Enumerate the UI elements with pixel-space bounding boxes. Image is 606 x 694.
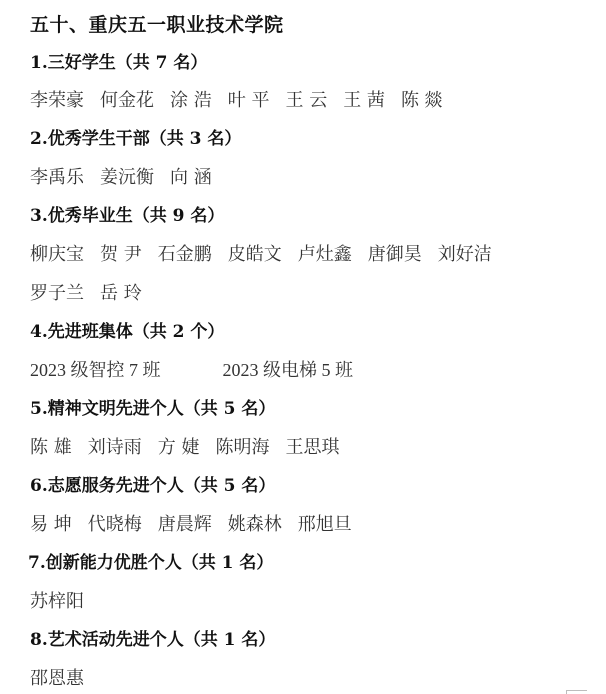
page-corner-mark xyxy=(566,690,587,694)
class-list-4: 2023 级智控 7 班 2023 级电梯 5 班 xyxy=(30,356,415,382)
name-list-6: 易 坤 代晓梅 唐晨辉 姚森林 邢旭旦 xyxy=(30,510,368,536)
name-list-2: 李禹乐 姜沅衡 向 涵 xyxy=(30,163,228,189)
name-list-7: 苏梓阳 xyxy=(30,587,100,613)
section-heading-8: 8.艺术活动先进个人（共 1 名） xyxy=(30,625,275,650)
name-item: 向 涵 xyxy=(170,163,212,189)
name-item: 罗子兰 xyxy=(30,279,84,305)
name-item: 陈 燚 xyxy=(401,86,443,112)
section-heading-5: 5.精神文明先进个人（共 5 名） xyxy=(30,394,275,419)
name-item: 涂 浩 xyxy=(170,86,212,112)
name-item: 唐晨辉 xyxy=(158,510,212,536)
name-item: 方 婕 xyxy=(158,433,200,459)
name-item: 贺 尹 xyxy=(100,240,142,266)
name-item: 王 云 xyxy=(285,86,327,112)
name-item: 何金花 xyxy=(100,86,154,112)
name-item: 陈明海 xyxy=(215,433,269,459)
name-item: 刘诗雨 xyxy=(88,433,142,459)
name-item: 岳 玲 xyxy=(100,279,142,305)
class-item: 2023 级智控 7 班 xyxy=(30,356,161,382)
section-heading-7: 7.创新能力优胜个人（共 1 名） xyxy=(28,548,273,573)
name-list-8: 邵恩惠 xyxy=(30,664,100,690)
name-list-3-line-1: 柳庆宝 贺 尹 石金鹏 皮皓文 卢灶鑫 唐御昊 刘好洁 xyxy=(30,240,508,266)
name-item: 邵恩惠 xyxy=(30,664,84,690)
document-title: 五十、重庆五一职业技术学院 xyxy=(30,10,284,37)
class-item: 2023 级电梯 5 班 xyxy=(223,356,354,382)
section-heading-3: 3.优秀毕业生（共 9 名） xyxy=(30,201,224,226)
name-item: 姜沅衡 xyxy=(100,163,154,189)
section-heading-4: 4.先进班集体（共 2 个） xyxy=(30,317,224,342)
name-item: 唐御昊 xyxy=(368,240,422,266)
name-item: 刘好洁 xyxy=(438,240,492,266)
name-item: 姚森林 xyxy=(228,510,282,536)
name-item: 代晓梅 xyxy=(88,510,142,536)
name-list-3-line-2: 罗子兰 岳 玲 xyxy=(30,279,158,305)
name-item: 李荣豪 xyxy=(30,86,84,112)
section-heading-6: 6.志愿服务先进个人（共 5 名） xyxy=(30,471,275,496)
name-item: 石金鹏 xyxy=(158,240,212,266)
name-item: 李禹乐 xyxy=(30,163,84,189)
name-item: 叶 平 xyxy=(228,86,270,112)
name-item: 易 坤 xyxy=(30,510,72,536)
name-list-1: 李荣豪 何金花 涂 浩 叶 平 王 云 王 茜 陈 燚 xyxy=(30,86,459,112)
name-item: 皮皓文 xyxy=(228,240,282,266)
name-item: 邢旭旦 xyxy=(298,510,352,536)
section-heading-2: 2.优秀学生干部（共 3 名） xyxy=(30,124,241,149)
name-item: 苏梓阳 xyxy=(30,587,84,613)
name-item: 陈 雄 xyxy=(30,433,72,459)
name-item: 王思琪 xyxy=(285,433,339,459)
name-item: 柳庆宝 xyxy=(30,240,84,266)
name-list-5: 陈 雄 刘诗雨 方 婕 陈明海 王思琪 xyxy=(30,433,355,459)
name-item: 王 茜 xyxy=(343,86,385,112)
name-item: 卢灶鑫 xyxy=(298,240,352,266)
section-heading-1: 1.三好学生（共 7 名） xyxy=(30,48,207,73)
